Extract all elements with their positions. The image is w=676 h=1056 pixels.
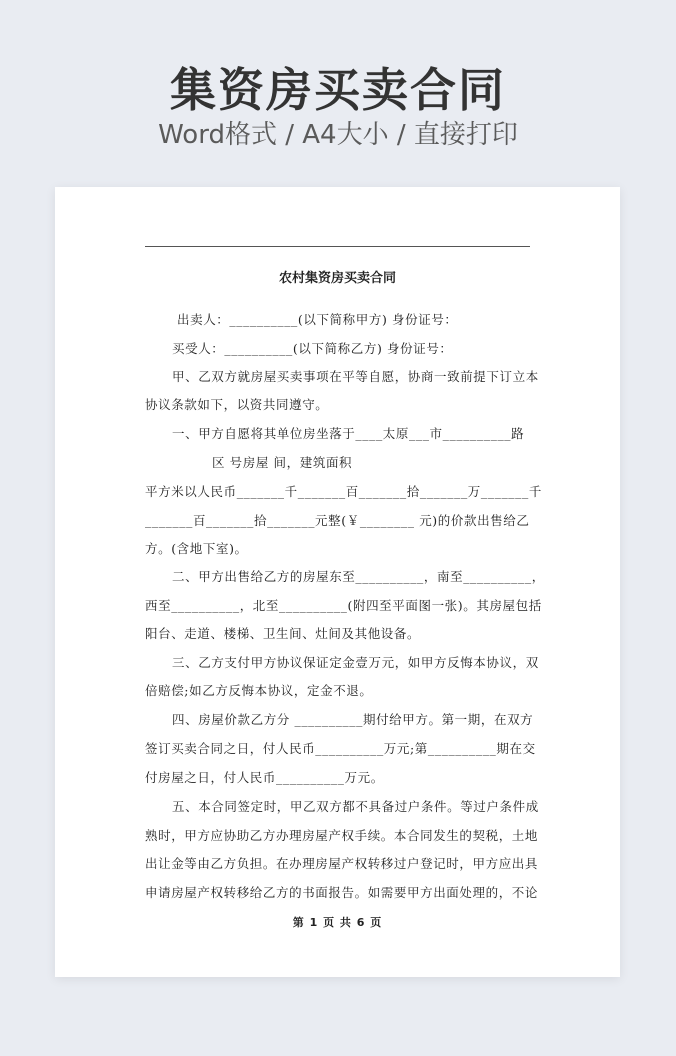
intro-line-2: 协议条款如下，以资共同遵守。 [145,396,530,414]
document-title: 农村集资房买卖合同 [145,267,530,286]
clause-1-line-1: 一、甲方自愿将其单位房坐落于____太原___市__________路 [172,425,557,443]
buyer-line: 买受人：__________(以下简称乙方) 身份证号： [172,340,557,358]
page-number: 第 1 页 共 6 页 [145,914,530,930]
clause-5-line-4: 申请房屋产权转移给乙方的书面报告。如需要甲方出面处理的，不论 [145,884,530,902]
clause-1-line-3: 平方米以人民币_______千_______百_______拾_______万_… [145,483,530,501]
clause-4-line-3: 付房屋之日，付人民币__________万元。 [145,769,530,787]
banner-title: 集资房买卖合同 [0,62,676,118]
clause-1-line-5: 方。(含地下室)。 [145,540,530,558]
seller-line: 出卖人：__________(以下简称甲方) 身份证号： [177,311,562,329]
clause-4-line-2: 签订买卖合同之日，付人民币__________万元;第__________期在交 [145,740,530,758]
clause-5-line-1: 五、本合同签定时，甲乙双方都不具备过户条件。等过户条件成 [172,798,557,816]
clause-3-line-1: 三、乙方支付甲方协议保证定金壹万元，如甲方反悔本协议，双 [172,654,557,672]
banner-subtitle: Word格式 / A4大小 / 直接打印 [0,118,676,152]
clause-5-line-2: 熟时，甲方应协助乙方办理房屋产权手续。本合同发生的契税，土地 [145,827,530,845]
clause-2-line-1: 二、甲方出售给乙方的房屋东至__________，南至__________， [172,568,557,586]
clause-1-line-4: _______百_______拾_______元整(￥________ 元)的价… [145,512,530,530]
intro-line-1: 甲、乙双方就房屋买卖事项在平等自愿，协商一致前提下订立本 [172,368,557,386]
clause-3-line-2: 倍赔偿;如乙方反悔本协议，定金不退。 [145,682,530,700]
clause-2-line-2: 西至__________，北至__________(附四至平面图一张)。其房屋包… [145,597,530,615]
document-page: 农村集资房买卖合同 出卖人：__________(以下简称甲方) 身份证号： 买… [55,187,620,977]
clause-2-line-3: 阳台、走道、楼梯、卫生间、灶间及其他设备。 [145,625,530,643]
header-rule [145,246,530,247]
clause-5-line-3: 出让金等由乙方负担。在办理房屋产权转移过户登记时，甲方应出具 [145,855,530,873]
clause-1-line-2: 区 号房屋 间，建筑面积 [212,454,597,472]
clause-4-line-1: 四、房屋价款乙方分 __________期付给甲方。第一期，在双方 [172,711,557,729]
